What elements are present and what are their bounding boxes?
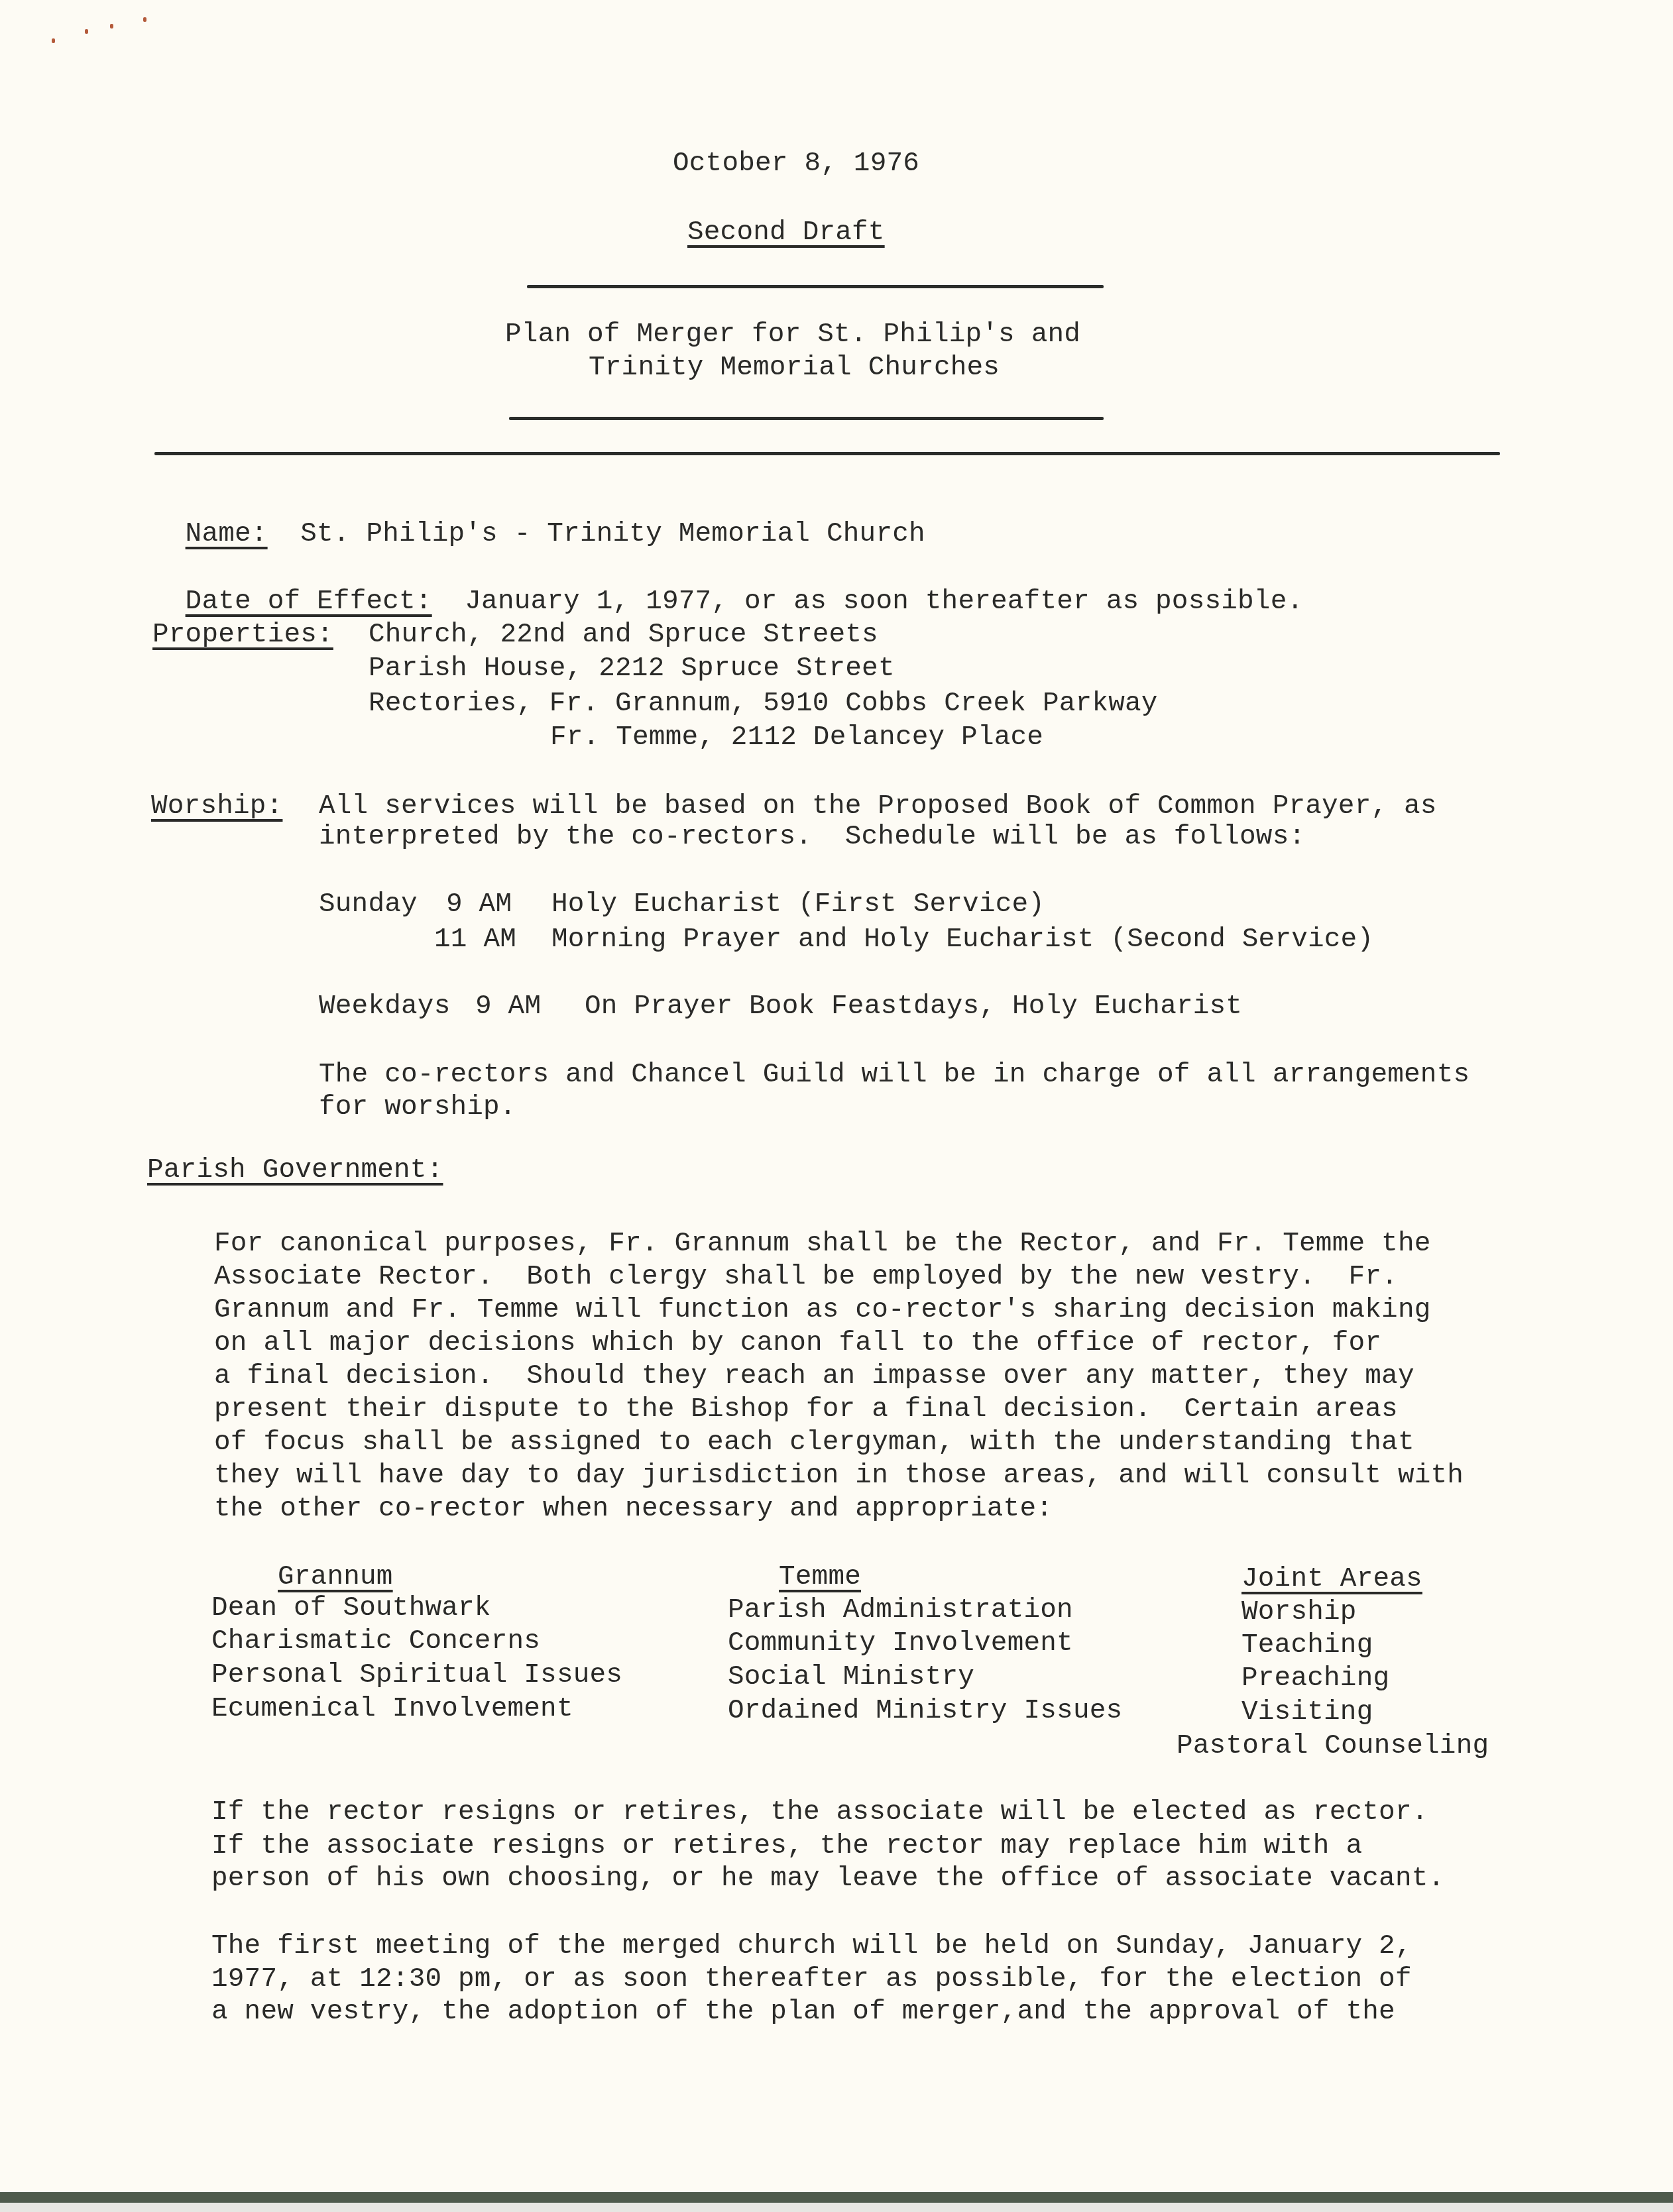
column-heading-grannum: Grannum bbox=[278, 1561, 393, 1594]
property-item: Fr. Temme, 2112 Delancey Place bbox=[550, 721, 1043, 754]
meeting-line: 1977, at 12:30 pm, or as soon thereafter… bbox=[211, 1963, 1412, 1996]
full-width-rule bbox=[154, 452, 1500, 455]
grannum-item: Ecumenical Involvement bbox=[211, 1692, 573, 1726]
grannum-item: Dean of Southwark bbox=[211, 1592, 491, 1625]
temme-item: Social Ministry bbox=[728, 1661, 974, 1694]
worship-intro-line: interpreted by the co-rectors. Schedule … bbox=[319, 820, 1305, 854]
document-date: October 8, 1976 bbox=[673, 147, 919, 180]
schedule-time: 9 AM bbox=[446, 888, 512, 921]
succession-line: If the associate resigns or retires, the… bbox=[211, 1830, 1362, 1863]
paragraph-line: a final decision. Should they reach an i… bbox=[214, 1360, 1414, 1393]
header-rule-bottom bbox=[509, 417, 1104, 420]
meeting-line: a new vestry, the adoption of the plan o… bbox=[211, 1995, 1395, 2028]
grannum-item: Personal Spiritual Issues bbox=[211, 1659, 622, 1692]
grannum-item: Charismatic Concerns bbox=[211, 1625, 540, 1658]
schedule-service: Holy Eucharist (First Service) bbox=[551, 888, 1045, 921]
meeting-line: The first meeting of the merged church w… bbox=[211, 1930, 1412, 1963]
ink-speck bbox=[52, 38, 55, 43]
date-of-effect-section: Date of Effect: January 1, 1977, or as s… bbox=[152, 552, 1303, 618]
temme-item: Parish Administration bbox=[728, 1594, 1073, 1627]
properties-label: Properties: bbox=[152, 618, 333, 651]
joint-area-item: Pastoral Counseling bbox=[1177, 1730, 1489, 1763]
property-item: Church, 22nd and Spruce Streets bbox=[369, 618, 878, 651]
schedule-service: Morning Prayer and Holy Eucharist (Secon… bbox=[551, 923, 1373, 956]
paragraph-line: Grannum and Fr. Temme will function as c… bbox=[214, 1294, 1431, 1327]
schedule-service: On Prayer Book Feastdays, Holy Eucharist bbox=[585, 990, 1242, 1023]
schedule-time: 11 AM bbox=[434, 923, 516, 956]
date-of-effect-value: January 1, 1977, or as soon thereafter a… bbox=[465, 586, 1303, 617]
column-heading-temme: Temme bbox=[779, 1561, 861, 1594]
document-title-line-2: Trinity Memorial Churches bbox=[589, 351, 1000, 384]
property-item: Parish House, 2212 Spruce Street bbox=[369, 652, 895, 685]
paragraph-line: they will have day to day jurisdiction i… bbox=[214, 1459, 1464, 1492]
joint-area-item: Teaching bbox=[1241, 1629, 1373, 1662]
succession-line: If the rector resigns or retires, the as… bbox=[211, 1796, 1428, 1829]
paragraph-line: of focus shall be assigned to each clerg… bbox=[214, 1426, 1414, 1459]
worship-note-line: The co-rectors and Chancel Guild will be… bbox=[319, 1058, 1470, 1091]
worship-note-line: for worship. bbox=[319, 1091, 516, 1124]
parish-government-label: Parish Government: bbox=[147, 1154, 443, 1187]
temme-item: Ordained Ministry Issues bbox=[728, 1694, 1122, 1728]
ink-speck bbox=[85, 29, 88, 34]
worship-label: Worship: bbox=[151, 790, 282, 823]
worship-intro-line: All services will be based on the Propos… bbox=[319, 790, 1437, 823]
date-of-effect-label: Date of Effect: bbox=[186, 586, 432, 617]
scan-edge bbox=[0, 2203, 1673, 2212]
temme-item: Community Involvement bbox=[728, 1627, 1073, 1660]
draft-label: Second Draft bbox=[687, 216, 885, 249]
joint-area-item: Visiting bbox=[1241, 1696, 1373, 1729]
paragraph-line: present their dispute to the Bishop for … bbox=[214, 1393, 1398, 1426]
scan-edge-band bbox=[0, 2192, 1673, 2203]
paragraph-line: the other co-rector when necessary and a… bbox=[214, 1492, 1053, 1525]
joint-area-item: Preaching bbox=[1241, 1662, 1389, 1695]
document-title-line-1: Plan of Merger for St. Philip's and bbox=[505, 318, 1080, 351]
column-heading-joint-areas: Joint Areas bbox=[1241, 1563, 1422, 1596]
schedule-day: Sunday bbox=[319, 888, 418, 921]
header-rule-top bbox=[527, 285, 1104, 288]
name-label: Name: bbox=[186, 519, 268, 549]
ink-speck bbox=[143, 17, 146, 22]
paragraph-line: For canonical purposes, Fr. Grannum shal… bbox=[214, 1227, 1431, 1260]
name-section: Name: St. Philip's - Trinity Memorial Ch… bbox=[152, 484, 925, 551]
ink-speck bbox=[110, 24, 113, 28]
paragraph-line: on all major decisions which by canon fa… bbox=[214, 1327, 1381, 1360]
schedule-day: Weekdays bbox=[319, 990, 450, 1023]
property-item: Rectories, Fr. Grannum, 5910 Cobbs Creek… bbox=[369, 687, 1158, 720]
joint-area-item: Worship bbox=[1241, 1596, 1357, 1629]
schedule-time: 9 AM bbox=[475, 990, 541, 1023]
succession-line: person of his own choosing, or he may le… bbox=[211, 1862, 1444, 1895]
paragraph-line: Associate Rector. Both clergy shall be e… bbox=[214, 1260, 1398, 1294]
name-value: St. Philip's - Trinity Memorial Church bbox=[300, 519, 925, 549]
